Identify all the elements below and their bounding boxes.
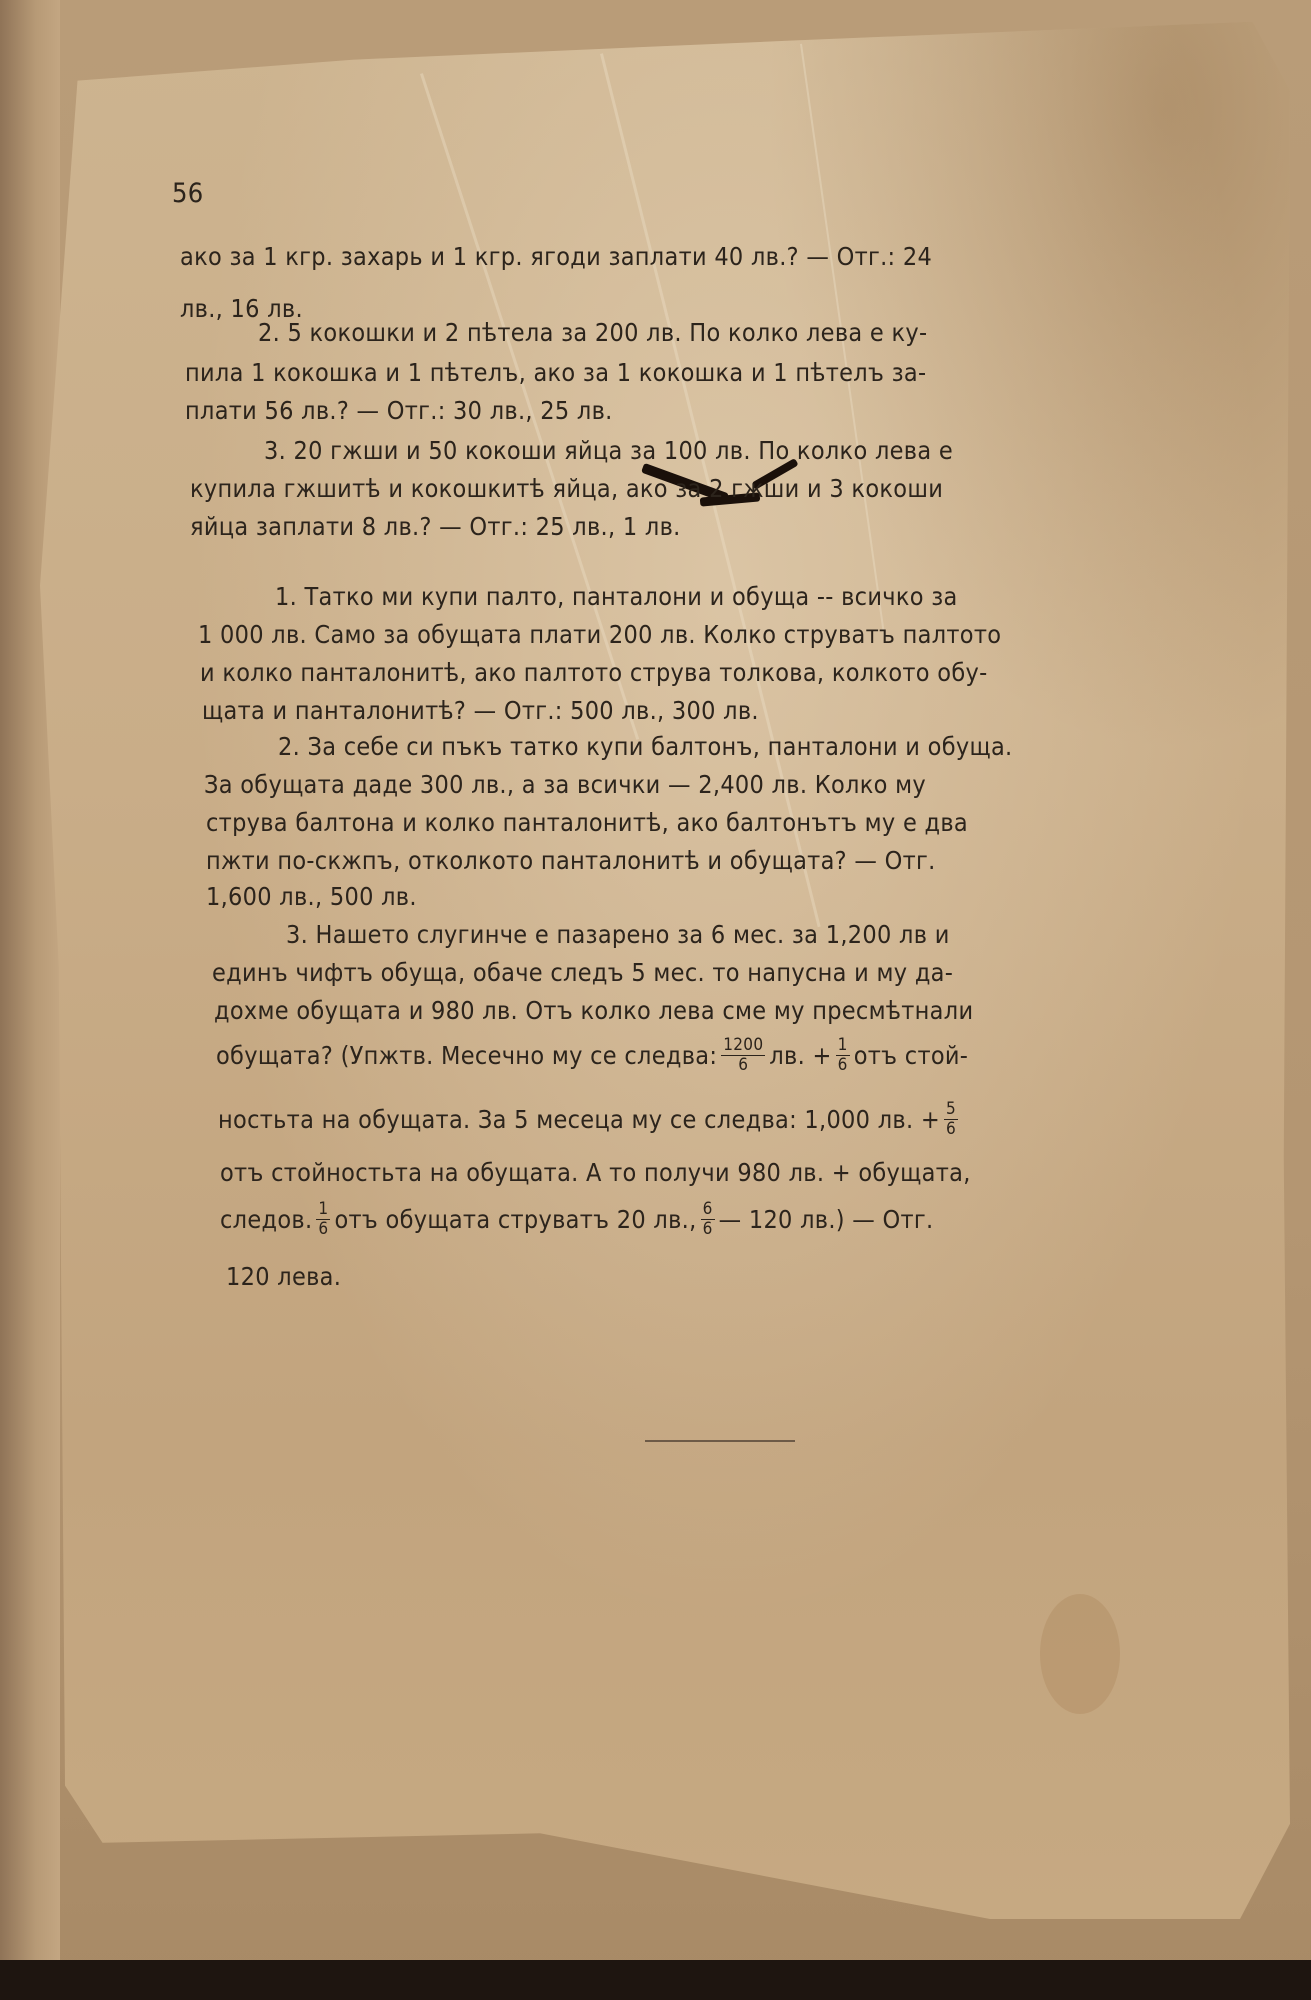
text-line: дохме обущата и 980 лв. Отъ колко лева с… <box>214 996 973 1025</box>
text-line: единъ чифтъ обуща, обаче следъ 5 мес. то… <box>212 958 953 987</box>
text-line: яйца заплати 8 лв.? — Отг.: 25 лв., 1 лв… <box>190 512 681 541</box>
book-spine-edge <box>0 0 60 1960</box>
problem-2-start: 2. 5 кокошки и 2 пѣтела за 200 лв. По ко… <box>258 318 927 347</box>
hint-line-2: ностьта на обущата. За 5 месеца му се сл… <box>218 1100 962 1139</box>
text-line: 1,600 лв., 500 лв. <box>206 882 417 911</box>
hint-text: ностьта на обущата. За 5 месеца му се сл… <box>218 1105 940 1134</box>
page-number: 56 <box>172 178 204 209</box>
text-line: 1 000 лв. Само за обущата плати 200 лв. … <box>198 620 1001 649</box>
hint-line-1: обущата? (Упжтв. Месечно му се следва: 1… <box>216 1036 968 1075</box>
text-line: пжти по-скжпъ, отколкото панталонитѣ и о… <box>206 846 936 875</box>
text-line: За обущата даде 300 лв., а за всички — 2… <box>204 770 926 799</box>
text-line: струва балтона и колко панталонитѣ, ако … <box>206 808 968 837</box>
bottom-shadow <box>0 1960 1311 2000</box>
problem-3-start: 3. 20 гжши и 50 кокоши яйца за 100 лв. П… <box>264 436 953 465</box>
problem-3-start: 3. Нашето слугинче е пазарено за 6 мес. … <box>286 920 950 949</box>
hint-text: обущата? (Упжтв. Месечно му се следва: <box>216 1041 717 1070</box>
hint-text: — 120 лв.) — Отг. <box>719 1205 934 1234</box>
text-line: плати 56 лв.? — Отг.: 30 лв., 25 лв. <box>185 396 613 425</box>
text-line: щата и панталонитѣ? — Отг.: 500 лв., 300… <box>202 696 759 725</box>
fraction: 12006 <box>721 1036 765 1075</box>
fraction: 16 <box>836 1036 850 1075</box>
hint-line-5: 120 лева. <box>226 1262 341 1291</box>
problem-2-start: 2. За себе си пъкъ татко купи балтонъ, п… <box>278 732 1013 761</box>
fraction: 66 <box>701 1200 715 1239</box>
hint-text: следов. <box>220 1205 312 1234</box>
text-line: и колко панталонитѣ, ако палтото струва … <box>200 658 988 687</box>
water-stain <box>1040 1594 1120 1714</box>
section-divider <box>645 1440 795 1442</box>
hint-line-4: следов. 16 отъ обущата струватъ 20 лв., … <box>220 1200 933 1239</box>
hint-text: отъ обущата струватъ 20 лв., <box>334 1205 696 1234</box>
problem-1-start: 1. Татко ми купи палто, панталони и обущ… <box>275 582 958 611</box>
text-line: купила гжшитѣ и кокошкитѣ яйца, ако за 2… <box>190 474 943 503</box>
fraction: 16 <box>316 1200 330 1239</box>
hint-line-3: отъ стойностьта на обущата. А то получи … <box>220 1158 971 1187</box>
text-line: ако за 1 кгр. захарь и 1 кгр. ягоди запл… <box>180 242 932 271</box>
hint-text: отъ стой- <box>854 1041 969 1070</box>
text-line: пила 1 кокошка и 1 пѣтелъ, ако за 1 коко… <box>185 358 926 387</box>
hint-text: лв. + <box>769 1041 831 1070</box>
fraction: 56 <box>944 1100 958 1139</box>
